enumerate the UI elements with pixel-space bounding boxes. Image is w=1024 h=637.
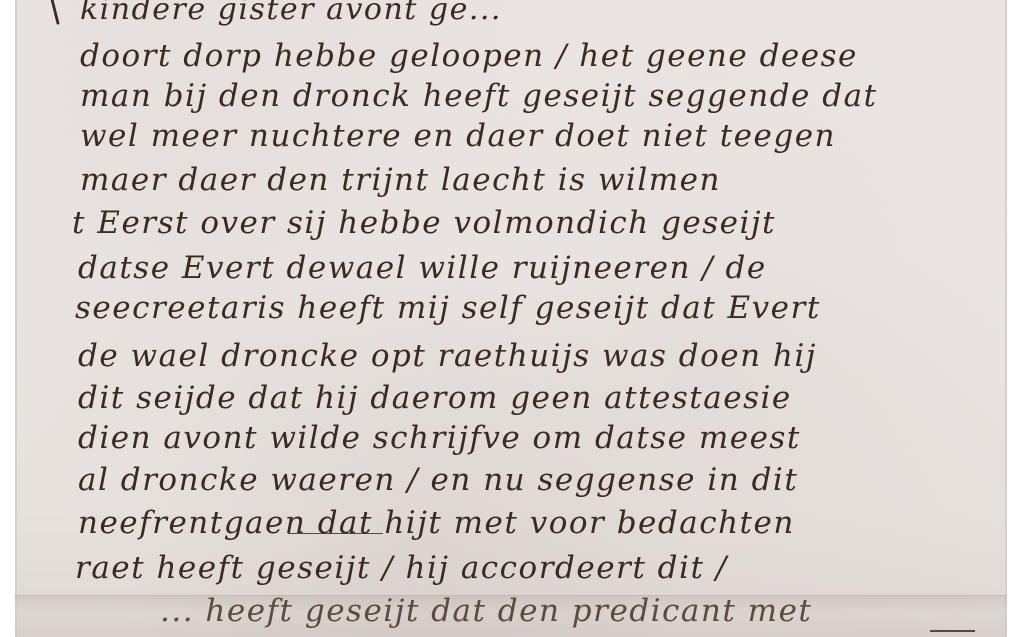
bottom-dash-mark [930,630,975,632]
manuscript-line-5: maer daer den trijnt laecht is wilmen [80,162,721,198]
manuscript-line-7: datse Evert dewael wille ruijneeren / de [78,250,767,286]
manuscript-line-12: al droncke waeren / en nu seggense in di… [78,462,798,498]
manuscript-line-8: seecreetaris heeft mij self geseijt dat … [75,290,821,326]
manuscript-line-14: raet heeft geseijt / hij accordeert dit … [75,550,728,586]
manuscript-page: kindere gister avont ge... doort dorp he… [15,0,1007,637]
manuscript-line-4: wel meer nuchtere en daer doet niet teeg… [80,118,836,154]
manuscript-line-2: doort dorp hebbe geloopen / het geene de… [80,38,858,74]
margin-bracket-mark [50,0,68,25]
manuscript-line-3: man bij den dronck heeft geseijt seggend… [80,78,878,114]
manuscript-line-1: kindere gister avont ge... [80,0,502,27]
manuscript-line-10: dit seijde dat hij daerom geen attestaes… [78,380,792,416]
manuscript-line-6: t Eerst over sij hebbe volmondich geseij… [72,205,776,241]
manuscript-line-15: ... heeft geseijt dat den predicant met [160,593,812,629]
manuscript-line-11: dien avont wilde schrijfve om datse mees… [78,420,801,456]
manuscript-line-9: de wael droncke opt raethuijs was doen h… [78,338,817,374]
manuscript-line-13: neefrentgaen dat hijt met voor bedachten [78,505,795,541]
